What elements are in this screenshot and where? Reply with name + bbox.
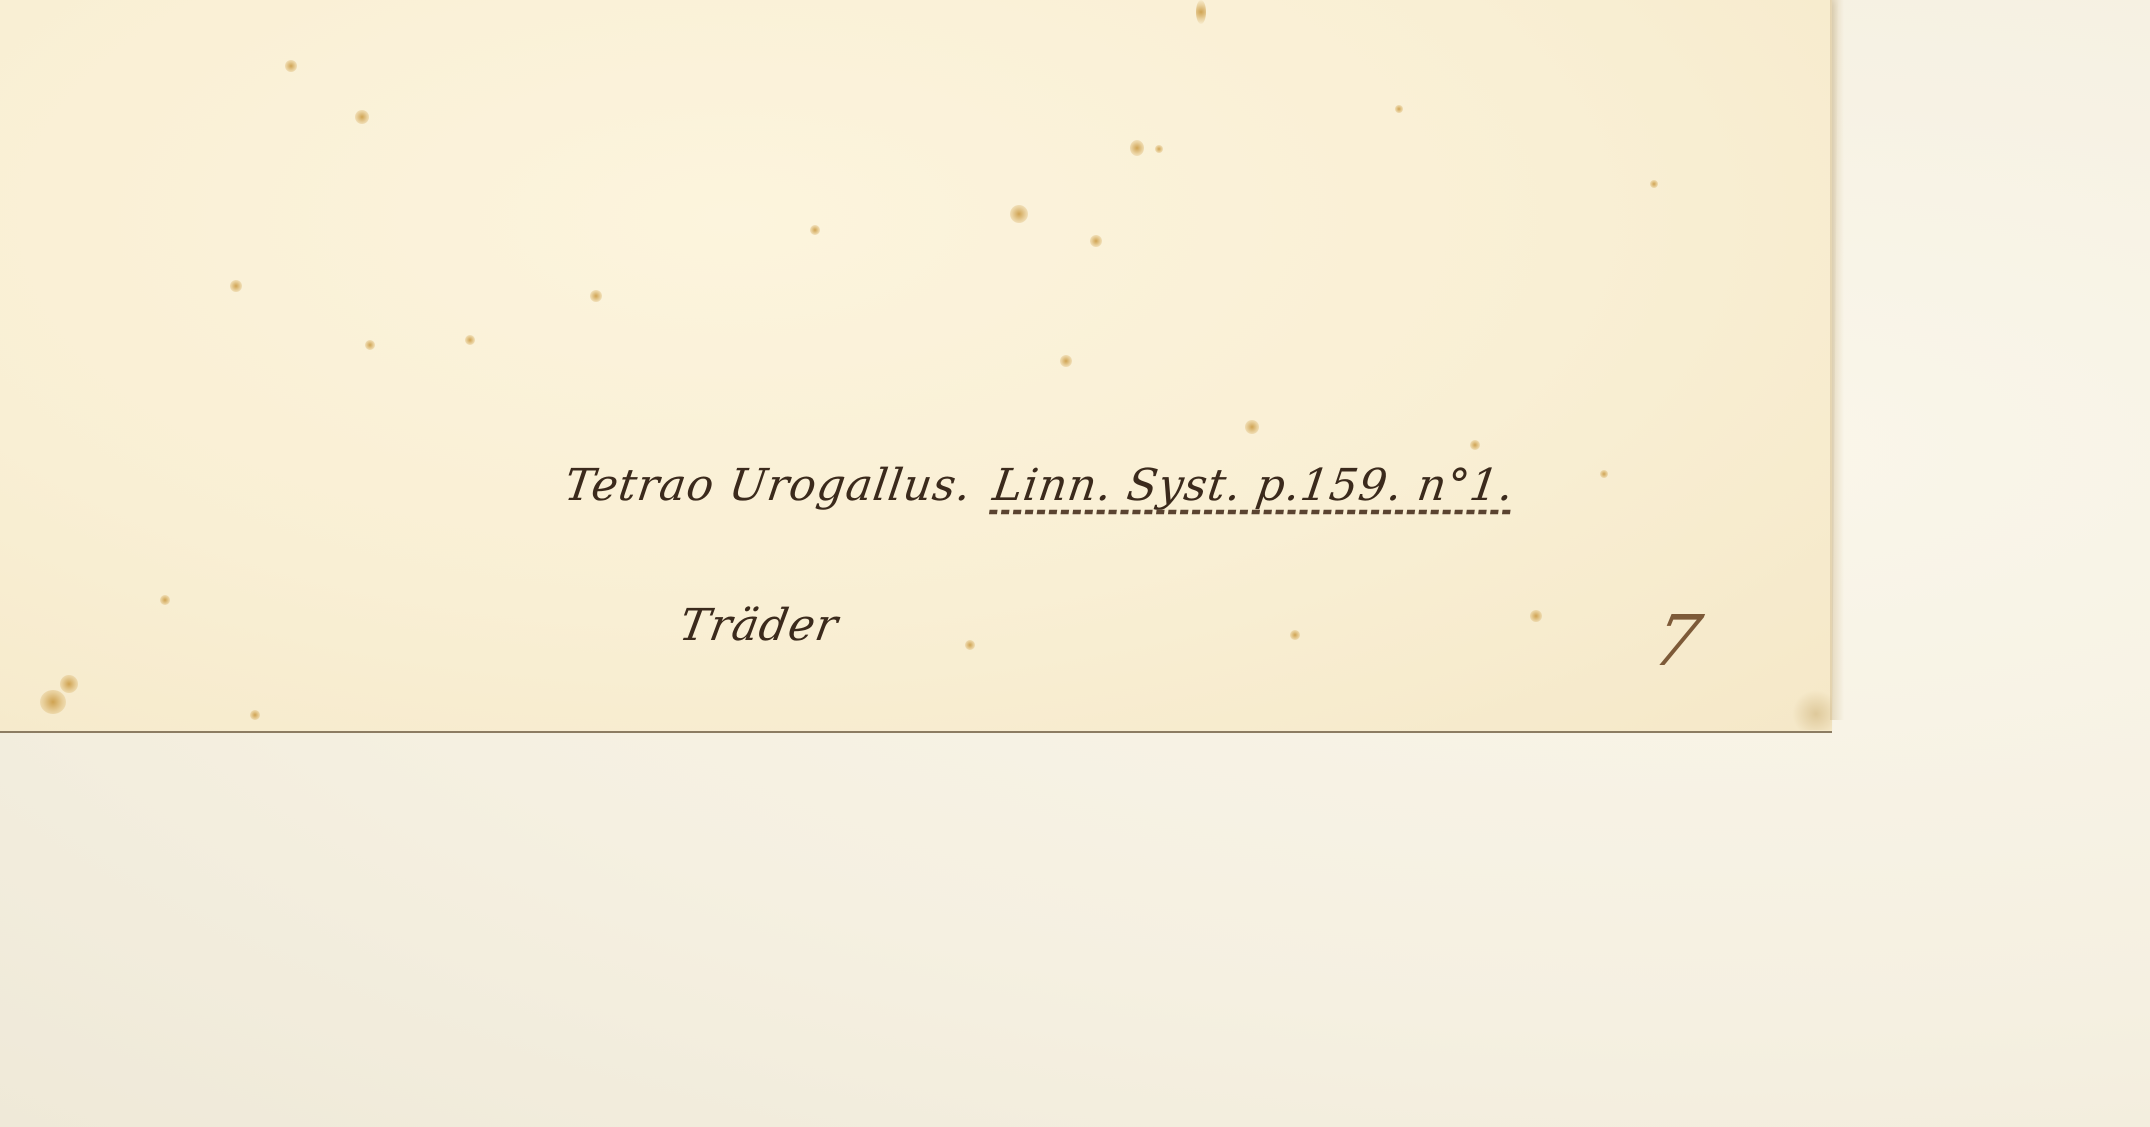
foxing-spot xyxy=(1395,105,1403,113)
foxing-spot xyxy=(1155,145,1163,153)
foxing-spot xyxy=(60,675,78,693)
species-annotation: Tetrao Urogallus.Linn. Syst. p.159. n°1. xyxy=(561,460,1517,511)
paper-edge-shadow xyxy=(1830,0,1844,720)
foxing-spot xyxy=(465,335,475,345)
foxing-spot xyxy=(40,690,66,714)
foxing-spot xyxy=(1290,630,1300,640)
foxing-spot xyxy=(1245,420,1259,434)
foxing-spot xyxy=(1650,180,1658,188)
foxing-spot xyxy=(1060,355,1072,367)
foxing-spot xyxy=(1470,440,1480,450)
linnaeus-citation: Linn. Syst. p.159. n°1. xyxy=(990,460,1518,511)
signature: Träder xyxy=(676,600,843,651)
foxing-spot xyxy=(590,290,602,302)
paper-sheet: Tetrao Urogallus.Linn. Syst. p.159. n°1.… xyxy=(0,0,1832,733)
foxing-spot xyxy=(1530,610,1542,622)
foxing-spot xyxy=(1010,205,1028,223)
species-name: Tetrao Urogallus. xyxy=(561,460,975,511)
foxing-spot xyxy=(160,595,170,605)
foxing-spot xyxy=(1600,470,1608,478)
foxing-spot xyxy=(1090,235,1102,247)
foxing-spot xyxy=(230,280,242,292)
paper-corner-damage xyxy=(1792,690,1832,730)
foxing-spot xyxy=(355,110,369,124)
page-number: 7 xyxy=(1646,600,1708,682)
foxing-spot xyxy=(1196,0,1206,24)
foxing-spot xyxy=(965,640,975,650)
foxing-spot xyxy=(810,225,820,235)
foxing-spot xyxy=(365,340,375,350)
foxing-spot xyxy=(1130,140,1144,156)
foxing-spot xyxy=(285,60,297,72)
foxing-spot xyxy=(250,710,260,720)
